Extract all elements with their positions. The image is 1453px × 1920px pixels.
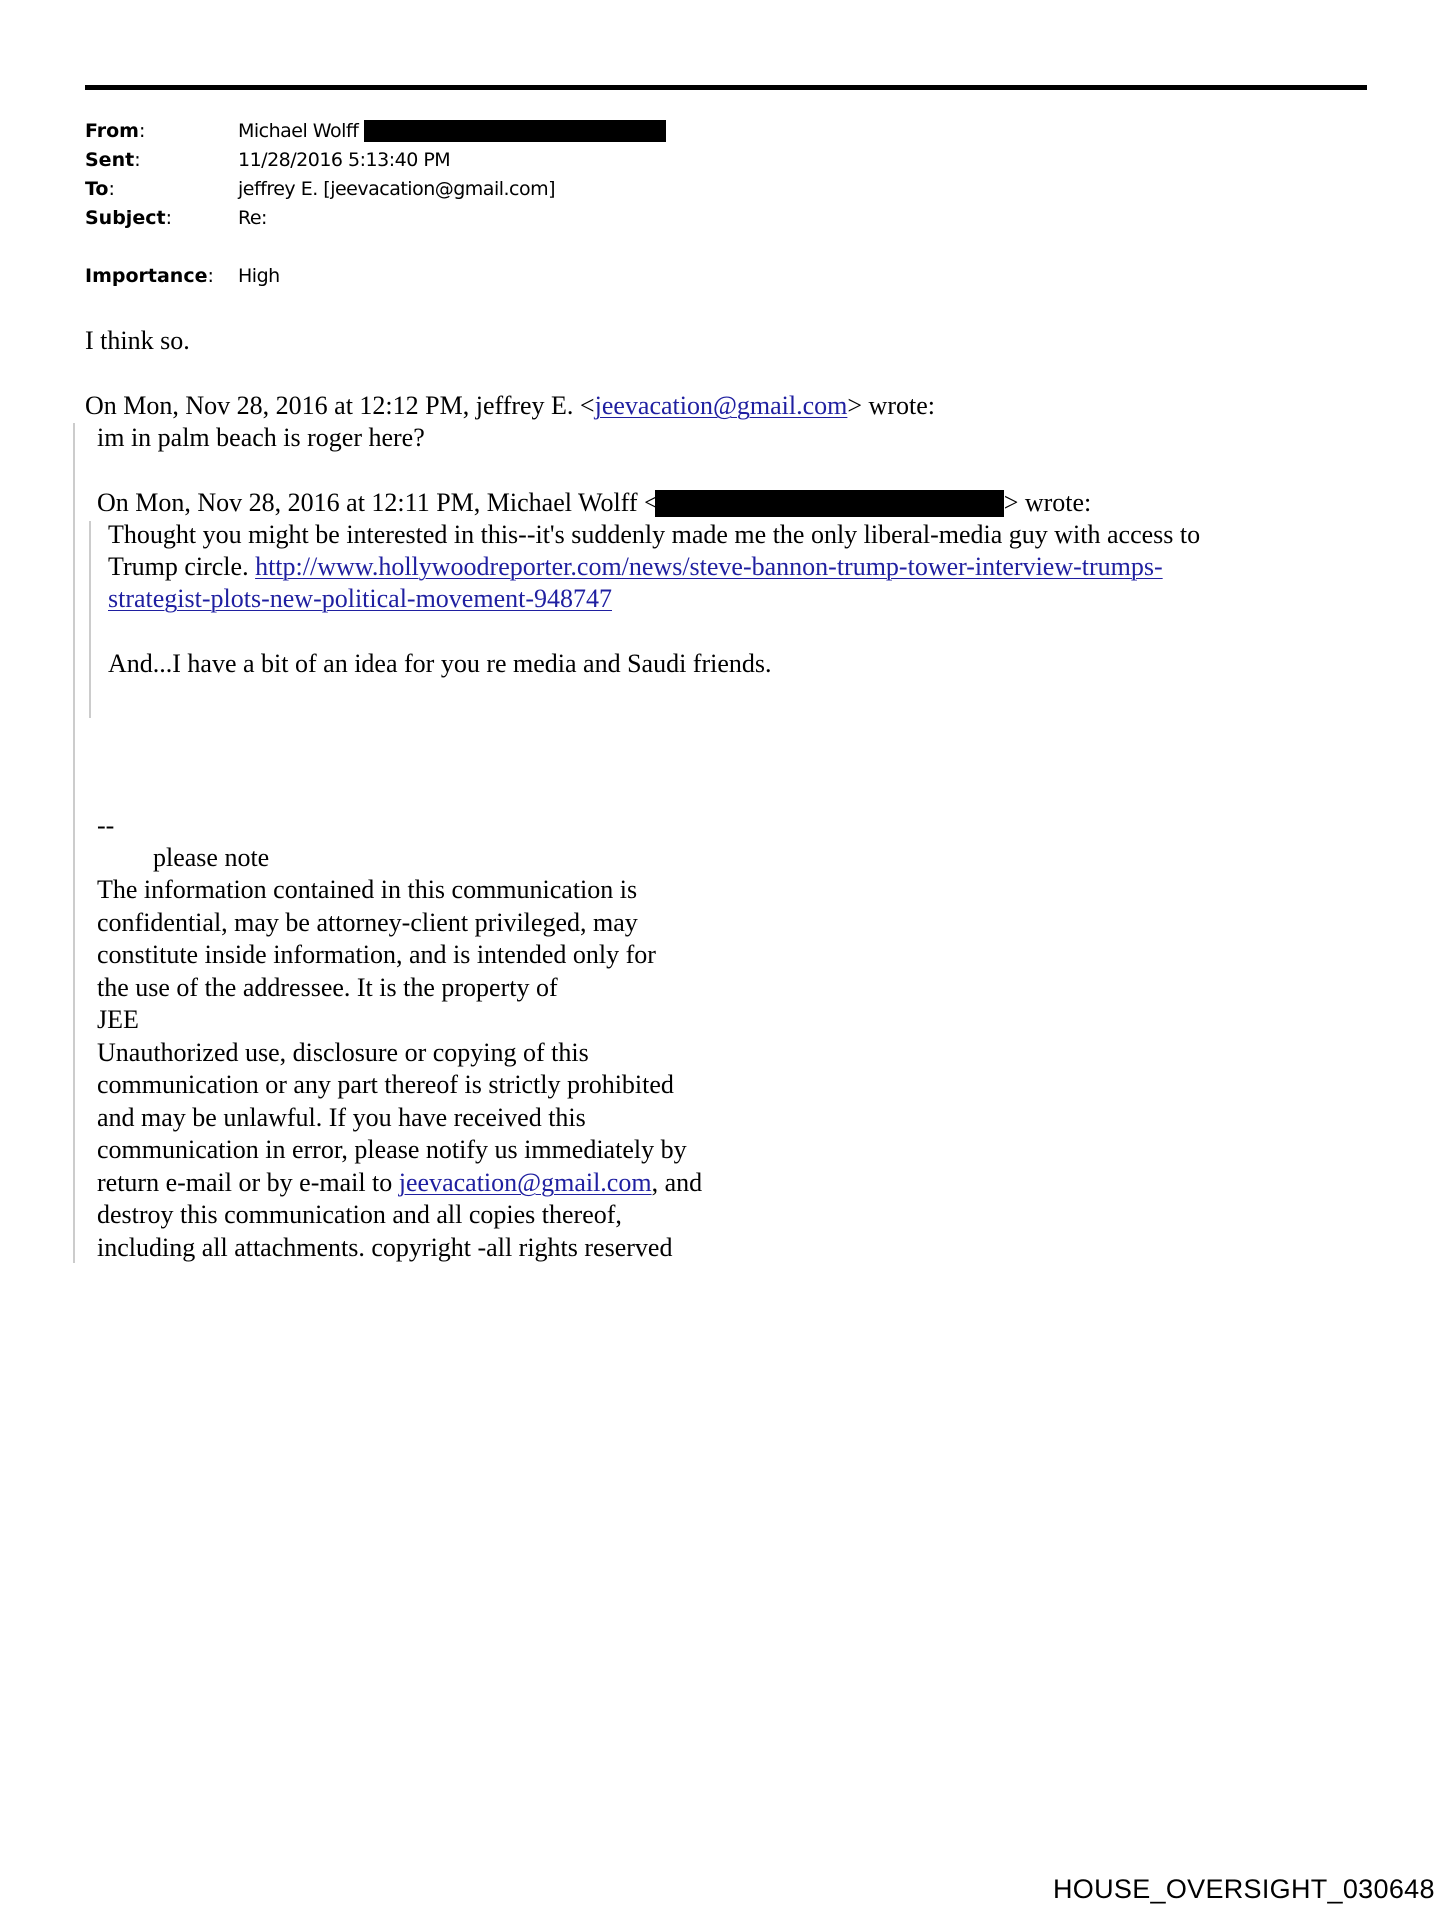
reply-text: I think so. xyxy=(85,325,190,357)
quote1-attribution: On Mon, Nov 28, 2016 at 12:12 PM, jeffre… xyxy=(85,390,935,422)
disclaimer-line: the use of the addressee. It is the prop… xyxy=(97,972,558,1004)
disclaimer-line: The information contained in this commun… xyxy=(97,874,637,906)
quote2-line4: And...I have a bit of an idea for you re… xyxy=(108,648,772,680)
bates-number: HOUSE_OVERSIGHT_030648 xyxy=(1053,1873,1435,1905)
to-label: To: xyxy=(85,177,115,201)
disclaimer-line: and may be unlawful. If you have receive… xyxy=(97,1102,586,1134)
disclaimer-line: confidential, may be attorney-client pri… xyxy=(97,907,638,939)
importance-value: High xyxy=(238,264,280,288)
redaction-box xyxy=(655,490,1004,517)
quote1-email-link[interactable]: jeevacation@gmail.com xyxy=(595,391,848,420)
inner-quote-bar xyxy=(89,521,91,718)
sent-value: 11/28/2016 5:13:40 PM xyxy=(238,148,450,172)
quote2-line3: strategist-plots-new-political-movement-… xyxy=(108,583,612,615)
disclaimer-line: destroy this communication and all copie… xyxy=(97,1199,622,1231)
outer-quote-bar xyxy=(73,423,75,1263)
disclaimer-email-link[interactable]: jeevacation@gmail.com xyxy=(399,1168,652,1197)
signature-note-heading: please note xyxy=(153,842,269,874)
email-document-page: From: Michael Wolff Sent: 11/28/2016 5:1… xyxy=(0,0,1453,1920)
sent-label: Sent: xyxy=(85,148,141,172)
to-value: jeffrey E. [jeevacation@gmail.com] xyxy=(238,177,555,201)
quote1-text: im in palm beach is roger here? xyxy=(97,422,425,454)
disclaimer-line: JEE xyxy=(97,1004,139,1036)
from-label: From: xyxy=(85,119,145,143)
disclaimer-line: Unauthorized use, disclosure or copying … xyxy=(97,1037,589,1069)
importance-label: Importance: xyxy=(85,264,214,288)
disclaimer-contact-line: return e-mail or by e-mail to jeevacatio… xyxy=(97,1167,702,1199)
quote2-attribution: On Mon, Nov 28, 2016 at 12:11 PM, Michae… xyxy=(97,487,1091,519)
article-link-part1[interactable]: http://www.hollywoodreporter.com/news/st… xyxy=(255,552,1163,581)
article-link-part2[interactable]: strategist-plots-new-political-movement-… xyxy=(108,584,612,613)
disclaimer-line: including all attachments. copyright -al… xyxy=(97,1232,672,1264)
signature-separator: -- xyxy=(97,810,114,842)
quote2-line1: Thought you might be interested in this-… xyxy=(108,519,1200,551)
quote2-line2: Trump circle. http://www.hollywoodreport… xyxy=(108,551,1163,583)
disclaimer-line: constitute inside information, and is in… xyxy=(97,939,656,971)
disclaimer-line: communication in error, please notify us… xyxy=(97,1134,687,1166)
header-divider xyxy=(85,85,1367,90)
redaction-box xyxy=(364,120,666,142)
subject-value: Re: xyxy=(238,206,267,230)
from-value: Michael Wolff xyxy=(238,119,666,143)
disclaimer-line: communication or any part thereof is str… xyxy=(97,1069,674,1101)
subject-label: Subject: xyxy=(85,206,172,230)
